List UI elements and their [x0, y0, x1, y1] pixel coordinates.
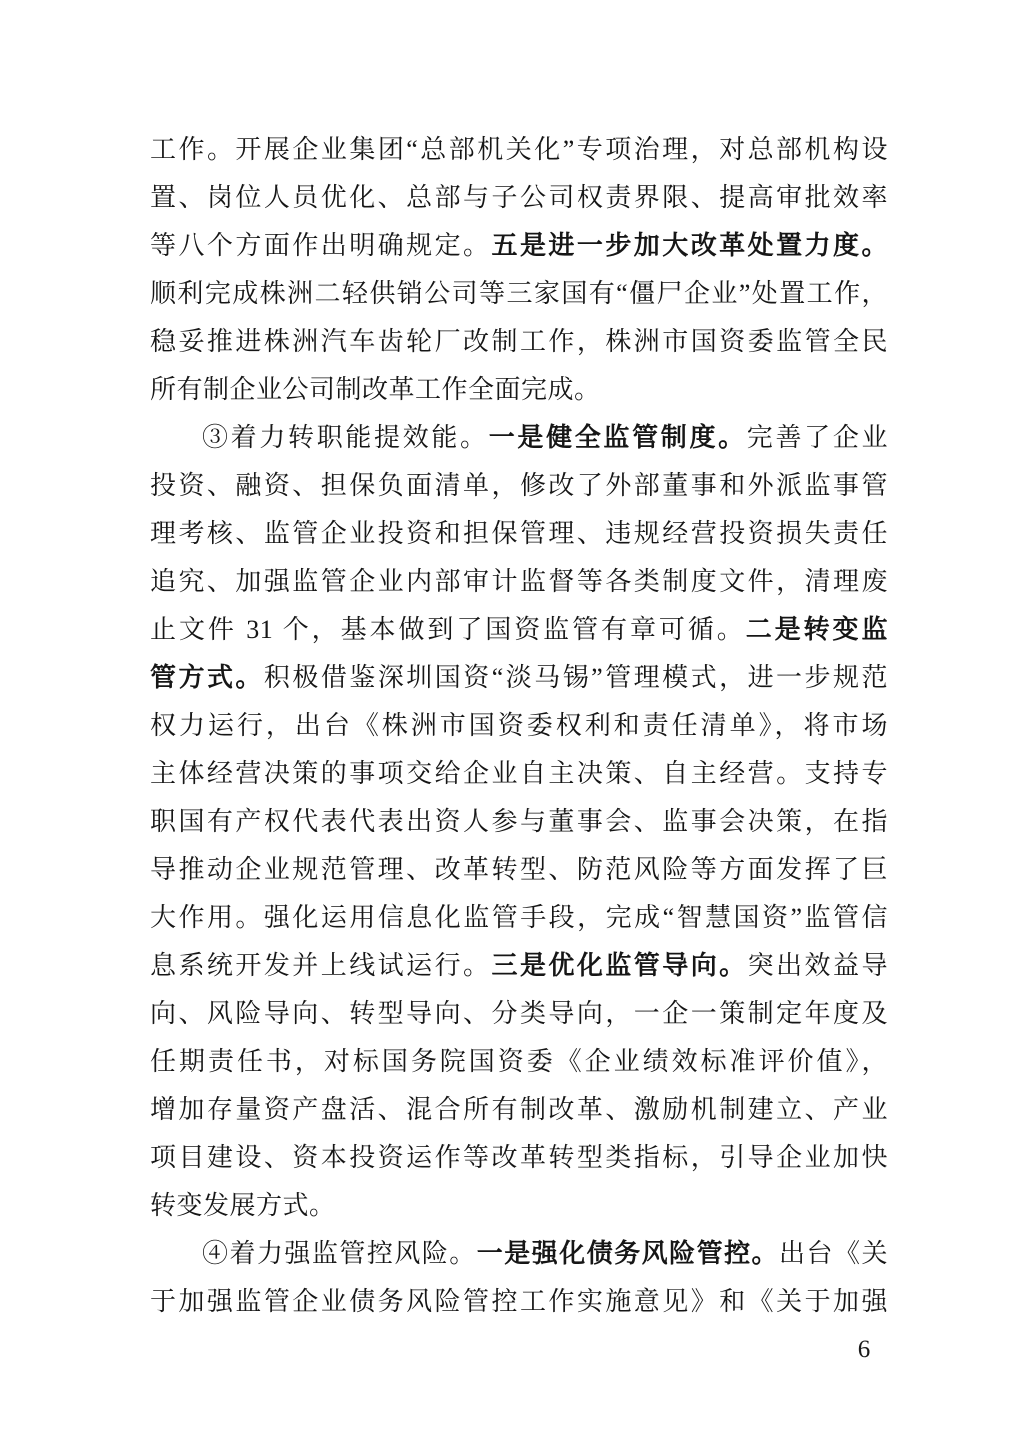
document-page: 工作。开展企业集团“总部机关化”专项治理，对总部机构设 置、岗位人员优化、总部与…	[0, 0, 1024, 1448]
text-line-paragraph-start: ④着力强监管控风险。一是强化债务风险管控。出台《关	[150, 1230, 888, 1278]
text-run: 等八个方面作出明确规定。	[150, 231, 492, 260]
text-line: 大作用。强化运用信息化监管手段，完成“智慧国资”监管信	[150, 894, 888, 942]
bold-heading-run: 一是健全监管制度。	[489, 423, 747, 452]
text-line: 息系统开发并上线试运行。三是优化监管导向。突出效益导	[150, 942, 888, 990]
text-line: 理考核、监管企业投资和担保管理、违规经营投资损失责任	[150, 510, 888, 558]
kai-clause-run: ④着力强监管控风险。	[202, 1239, 477, 1268]
text-run: 息系统开发并上线试运行。	[150, 951, 492, 980]
text-run: 积极借鉴深圳国资“淡马锡”管理模式，进一步规范	[264, 663, 888, 692]
text-run: 于加强监管企业债务风险管控工作实施意见》和《关于加强	[150, 1287, 888, 1316]
text-run: 任期责任书，对标国务院国资委《企业绩效标准评价值》，	[150, 1047, 888, 1076]
bold-heading-run: 三是优化监管导向。	[492, 951, 748, 980]
text-line: 置、岗位人员优化、总部与子公司权责界限、提高审批效率	[150, 174, 888, 222]
page-number: 6	[840, 1330, 888, 1370]
text-line: 止文件 31 个，基本做到了国资监管有章可循。二是转变监	[150, 606, 888, 654]
text-run: 顺利完成株洲二轻供销公司等三家国有“僵尸企业”处置工作，	[150, 279, 888, 308]
bold-heading-run: 二是转变监	[746, 615, 888, 644]
text-run: 导推动企业规范管理、改革转型、防范风险等方面发挥了巨	[150, 855, 888, 884]
text-line-paragraph-start: ③着力转职能提效能。一是健全监管制度。完善了企业	[150, 414, 888, 462]
text-line: 所有制企业公司制改革工作全面完成。	[150, 366, 888, 414]
text-run: 突出效益导	[748, 951, 888, 980]
text-line: 于加强监管企业债务风险管控工作实施意见》和《关于加强	[150, 1278, 888, 1326]
text-run: 稳妥推进株洲汽车齿轮厂改制工作，株洲市国资委监管全民	[150, 327, 888, 356]
text-line: 等八个方面作出明确规定。五是进一步加大改革处置力度。	[150, 222, 888, 270]
text-line: 主体经营决策的事项交给企业自主决策、自主经营。支持专	[150, 750, 888, 798]
text-line: 工作。开展企业集团“总部机关化”专项治理，对总部机构设	[150, 126, 888, 174]
text-line: 投资、融资、担保负面清单，修改了外部董事和外派监事管	[150, 462, 888, 510]
text-line: 追究、加强监管企业内部审计监督等各类制度文件，清理废	[150, 558, 888, 606]
text-run: 追究、加强监管企业内部审计监督等各类制度文件，清理废	[150, 567, 888, 596]
text-run: 投资、融资、担保负面清单，修改了外部董事和外派监事管	[150, 471, 888, 500]
text-line: 顺利完成株洲二轻供销公司等三家国有“僵尸企业”处置工作，	[150, 270, 888, 318]
text-line: 转变发展方式。	[150, 1182, 888, 1230]
bold-heading-run: 一是强化债务风险管控。	[477, 1239, 779, 1268]
text-line: 管方式。积极借鉴深圳国资“淡马锡”管理模式，进一步规范	[150, 654, 888, 702]
text-run: 止文件 31 个，基本做到了国资监管有章可循。	[150, 615, 746, 644]
text-line: 任期责任书，对标国务院国资委《企业绩效标准评价值》，	[150, 1038, 888, 1086]
bold-heading-run: 管方式。	[150, 663, 264, 692]
text-run: 职国有产权代表代表出资人参与董事会、监事会决策，在指	[150, 807, 888, 836]
text-line: 导推动企业规范管理、改革转型、防范风险等方面发挥了巨	[150, 846, 888, 894]
text-run: 大作用。强化运用信息化监管手段，完成“智慧国资”监管信	[150, 903, 888, 932]
text-run: 主体经营决策的事项交给企业自主决策、自主经营。支持专	[150, 759, 888, 788]
text-run: 转变发展方式。	[150, 1191, 336, 1220]
text-run: 置、岗位人员优化、总部与子公司权责界限、提高审批效率	[150, 183, 888, 212]
text-run: 向、风险导向、转型导向、分类导向，一企一策制定年度及	[150, 999, 888, 1028]
text-run: 增加存量资产盘活、混合所有制改革、激励机制建立、产业	[150, 1095, 888, 1124]
kai-clause-run: ③着力转职能提效能。	[202, 423, 489, 452]
text-line: 增加存量资产盘活、混合所有制改革、激励机制建立、产业	[150, 1086, 888, 1134]
text-line: 权力运行，出台《株洲市国资委权利和责任清单》，将市场	[150, 702, 888, 750]
text-run: 完善了企业	[747, 423, 888, 452]
text-line: 项目建设、资本投资运作等改革转型类指标，引导企业加快	[150, 1134, 888, 1182]
text-run: 理考核、监管企业投资和担保管理、违规经营投资损失责任	[150, 519, 888, 548]
text-run: 工作。开展企业集团“总部机关化”专项治理，对总部机构设	[150, 135, 888, 164]
text-line: 稳妥推进株洲汽车齿轮厂改制工作，株洲市国资委监管全民	[150, 318, 888, 366]
document-body: 工作。开展企业集团“总部机关化”专项治理，对总部机构设 置、岗位人员优化、总部与…	[150, 126, 888, 1326]
bold-heading-run: 五是进一步加大改革处置力度。	[492, 231, 888, 260]
text-line: 职国有产权代表代表出资人参与董事会、监事会决策，在指	[150, 798, 888, 846]
text-run: 权力运行，出台《株洲市国资委权利和责任清单》，将市场	[150, 711, 888, 740]
text-run: 出台《关	[779, 1239, 888, 1268]
text-line: 向、风险导向、转型导向、分类导向，一企一策制定年度及	[150, 990, 888, 1038]
text-run: 项目建设、资本投资运作等改革转型类指标，引导企业加快	[150, 1143, 888, 1172]
text-run: 所有制企业公司制改革工作全面完成。	[150, 375, 601, 404]
